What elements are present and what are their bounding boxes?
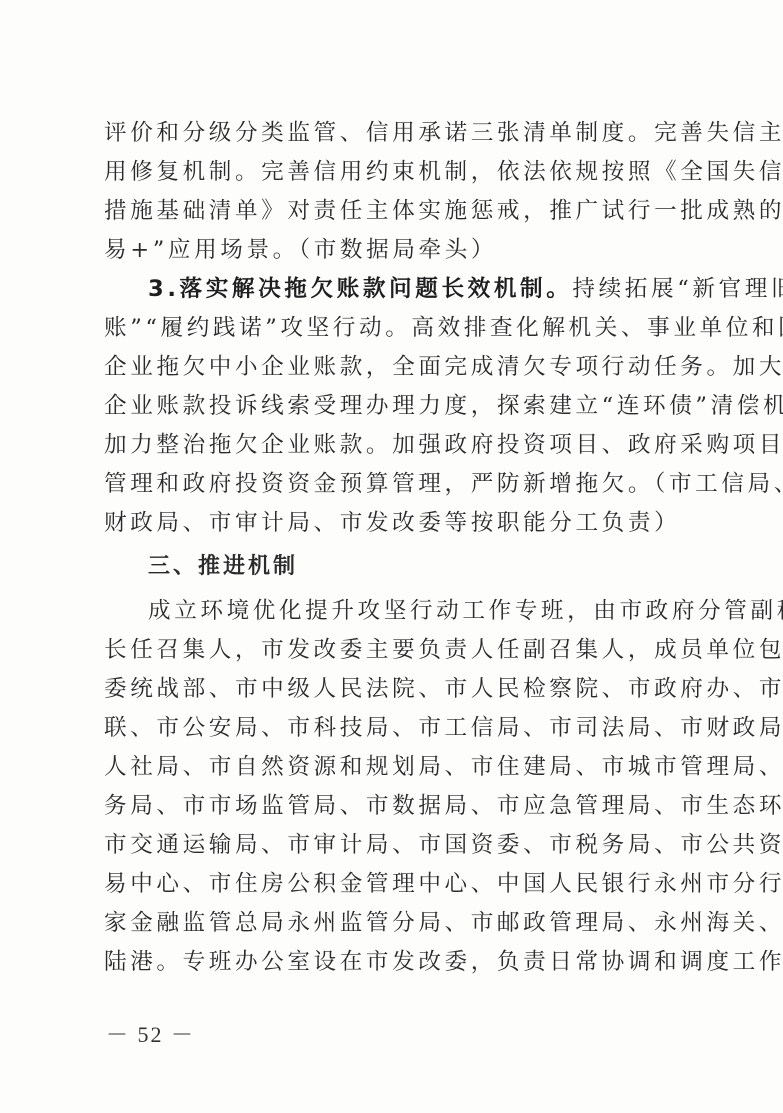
text-line: 家金融监管总局永州监管分局、市邮政管理局、永州海关、永州 <box>104 908 704 938</box>
item-title-bold: 3.落实解决拖欠账款问题长效机制。 <box>148 276 572 302</box>
text-line: 财政局、市审计局、市发改委等按职能分工负责） <box>104 508 704 538</box>
text-line: 3.落实解决拖欠账款问题长效机制。持续拓展“新官理旧 <box>148 274 748 304</box>
text-line: 账”“履约践诺”攻坚行动。高效排查化解机关、事业单位和国有 <box>104 313 704 343</box>
text-line: 委统战部、市中级人民法院、市人民检察院、市政府办、市工商 <box>104 674 704 704</box>
text-line: 成立环境优化提升攻坚行动工作专班，由市政府分管副秘书 <box>148 596 748 626</box>
text-line: 陆港。专班办公室设在市发改委，负责日常协调和调度工作。 <box>104 947 704 977</box>
text-line: 易+”应用场景。（市数据局牵头） <box>104 235 704 265</box>
page-number: － 52 － <box>106 1021 195 1049</box>
document-page: 评价和分级分类监管、信用承诺三张清单制度。完善失信主体信 用修复机制。完善信用约… <box>0 0 783 1113</box>
text-line: 用修复机制。完善信用约束机制，依法依规按照《全国失信惩戒 <box>104 157 704 187</box>
text-line: 管理和政府投资资金预算管理，严防新增拖欠。（市工信局、市 <box>104 469 704 499</box>
text-span: 持续拓展“新官理旧 <box>572 276 783 302</box>
text-line: 评价和分级分类监管、信用承诺三张清单制度。完善失信主体信 <box>104 118 704 148</box>
text-line: 联、市公安局、市科技局、市工信局、市司法局、市财政局、市 <box>104 713 704 743</box>
text-line: 务局、市市场监管局、市数据局、市应急管理局、市生态环境局、 <box>104 791 704 821</box>
text-line: 企业账款投诉线索受理办理力度，探索建立“连环债”清偿机制， <box>104 391 704 421</box>
text-line: 易中心、市住房公积金管理中心、中国人民银行永州市分行、国 <box>104 869 704 899</box>
text-line: 市交通运输局、市审计局、市国资委、市税务局、市公共资源交 <box>104 830 704 860</box>
text-line: 人社局、市自然资源和规划局、市住建局、市城市管理局、市商 <box>104 752 704 782</box>
section-heading: 三、推进机制 <box>148 552 298 582</box>
text-line: 措施基础清单》对责任主体实施惩戒，推广试行一批成熟的“信 <box>104 196 704 226</box>
text-line: 加力整治拖欠企业账款。加强政府投资项目、政府采购项目审批 <box>104 430 704 460</box>
text-line: 长任召集人，市发改委主要负责人任副召集人，成员单位包括市 <box>104 635 704 665</box>
text-line: 企业拖欠中小企业账款，全面完成清欠专项行动任务。加大拖欠 <box>104 352 704 382</box>
